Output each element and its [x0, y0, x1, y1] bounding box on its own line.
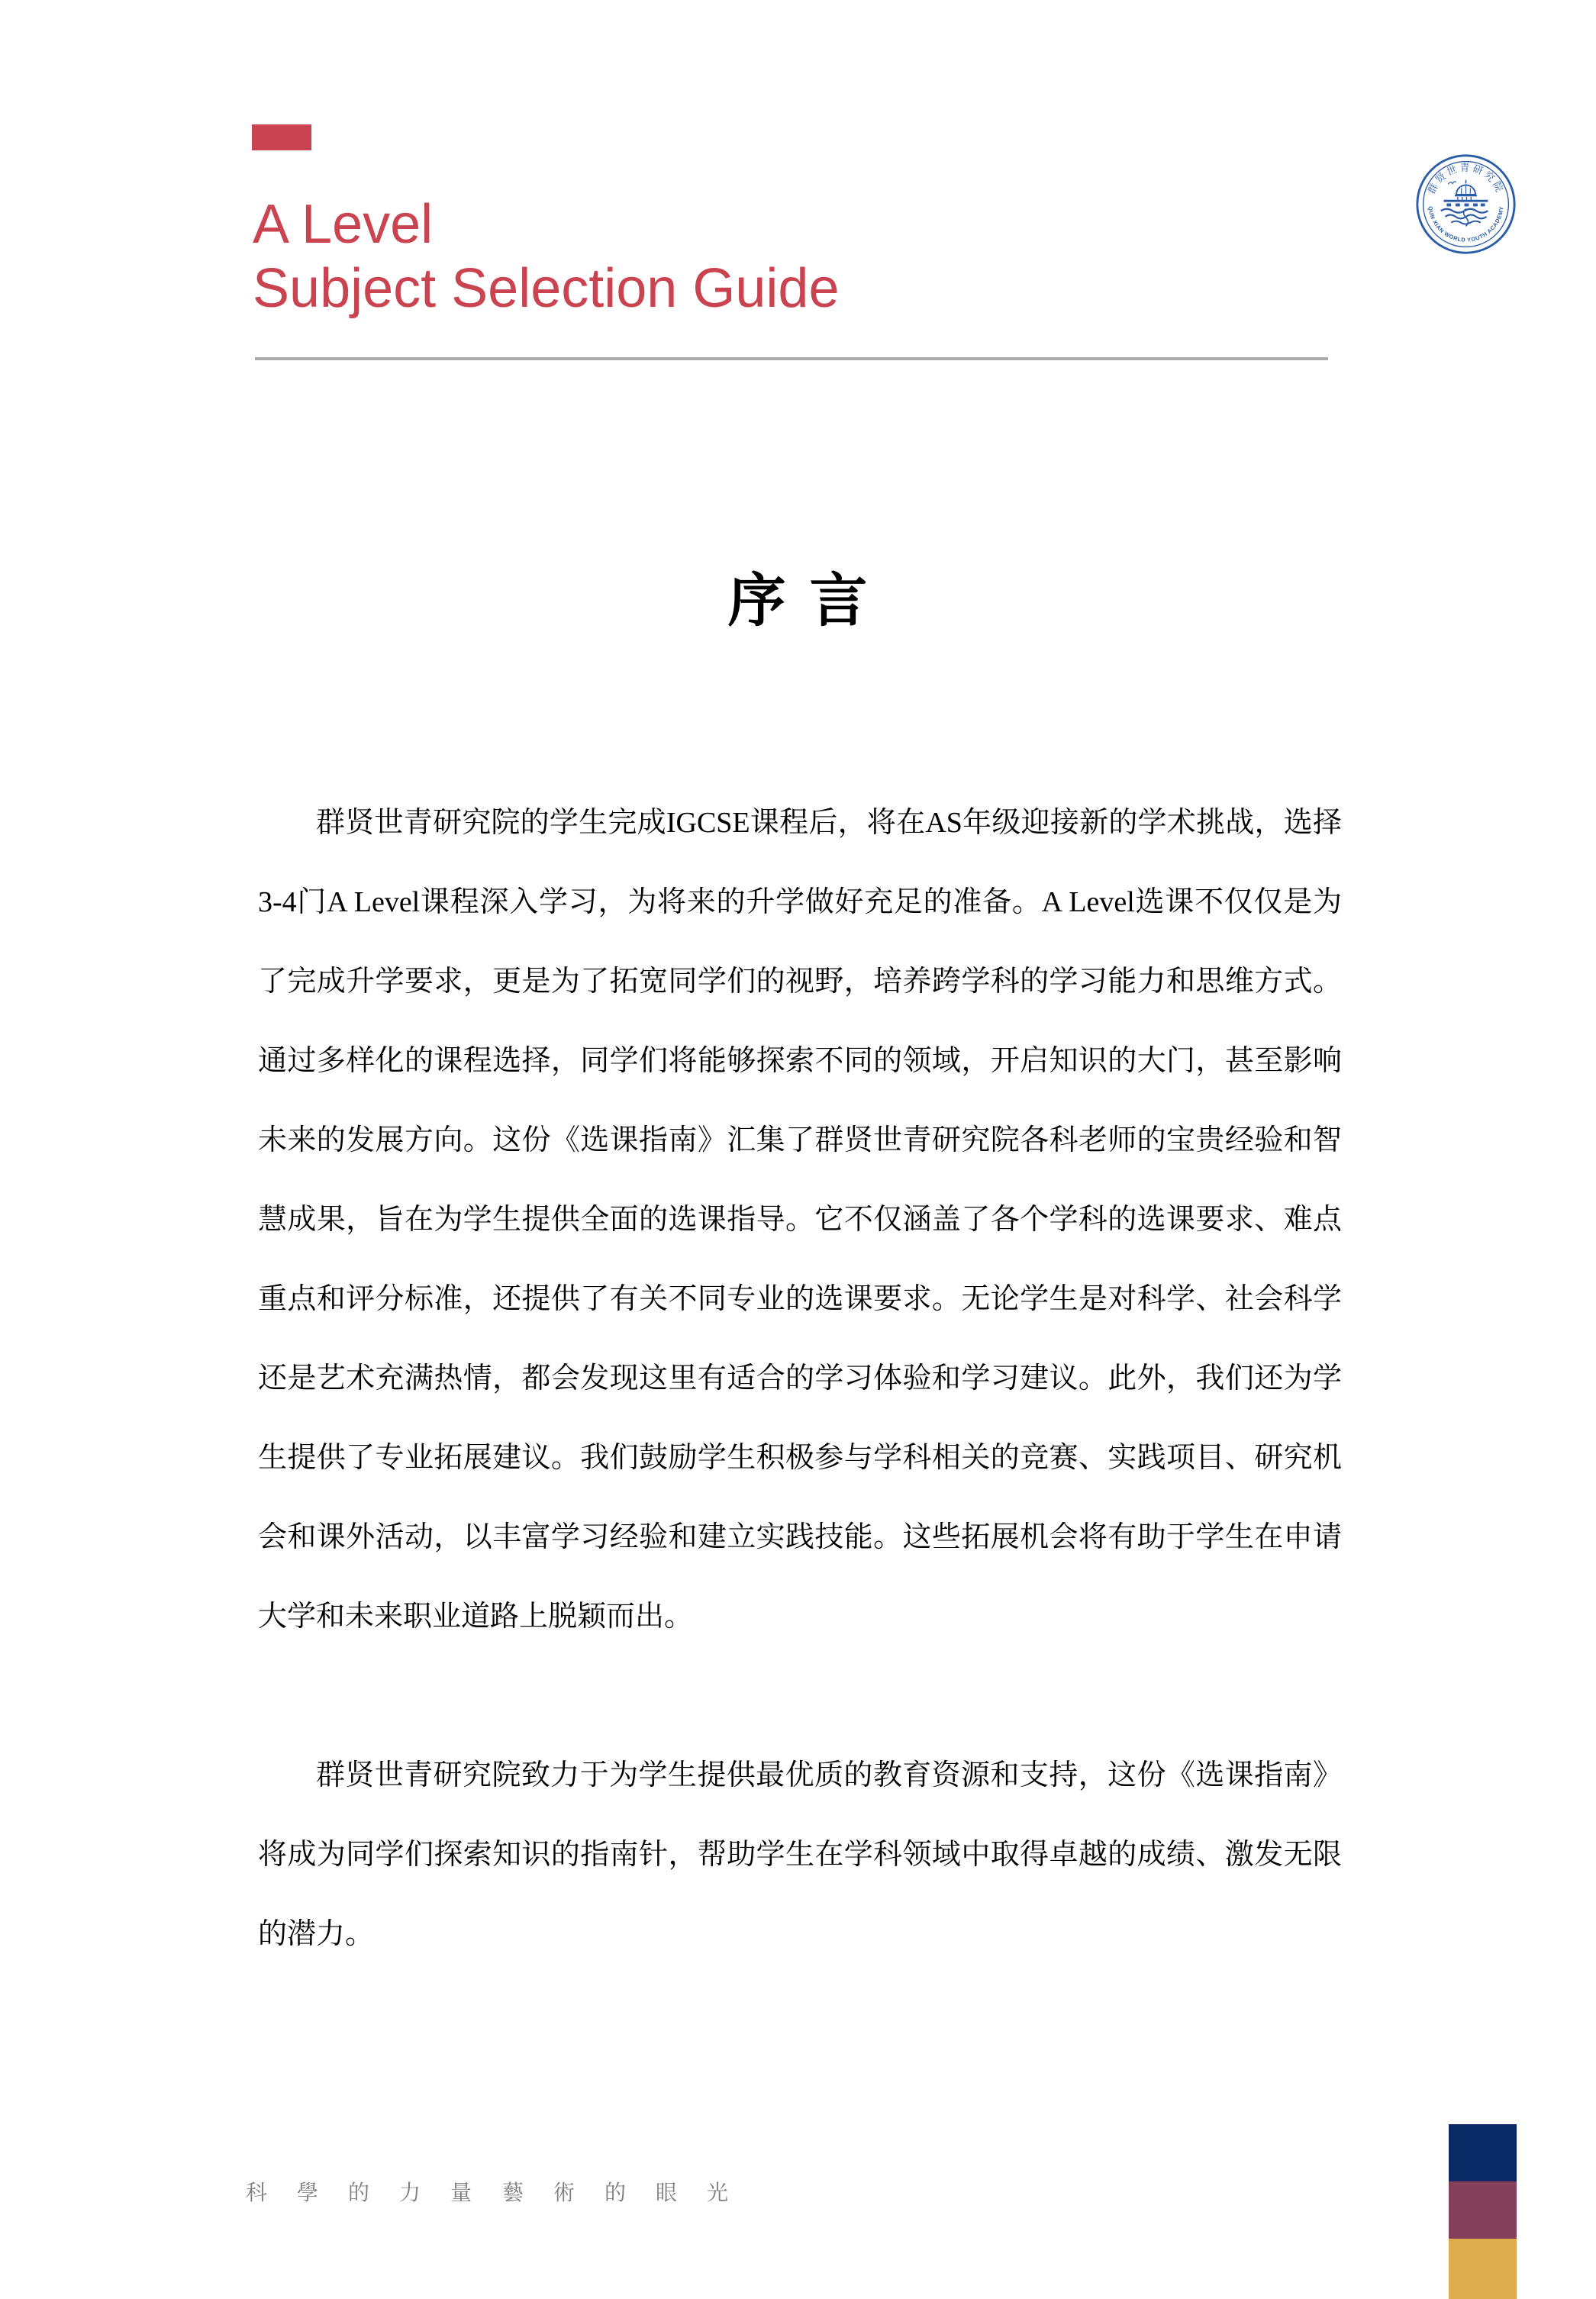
gold-square [1449, 2239, 1517, 2299]
seal-dome-building-icon [1444, 180, 1488, 207]
header-divider [255, 357, 1328, 360]
seal-bird-icon [1448, 182, 1456, 185]
document-title-line1: A Level [253, 192, 839, 256]
preface-heading: 序 言 [258, 572, 1342, 630]
document-page: A Level Subject Selection Guide 群贤世青研究院 [0, 0, 1596, 2299]
preface-paragraph-1: 群贤世青研究院的学生完成IGCSE课程后，将在AS年级迎接新的学术挑战，选择3-… [258, 783, 1342, 1656]
footer-color-squares [1449, 2124, 1517, 2299]
preface-paragraph-2: 群贤世青研究院致力于为学生提供最优质的教育资源和支持，这份《选课指南》将成为同学… [258, 1736, 1342, 1974]
navy-square [1449, 2124, 1517, 2181]
academy-seal-logo: 群贤世青研究院 QUN XIAN [1414, 153, 1517, 256]
footer-slogan-right: 藝 術 的 眼 光 [502, 2181, 740, 2205]
document-title: A Level Subject Selection Guide [253, 192, 839, 321]
preface-body: 群贤世青研究院的学生完成IGCSE课程后，将在AS年级迎接新的学术挑战，选择3-… [258, 783, 1342, 1974]
seal-waves-icon [1441, 208, 1488, 226]
footer-slogan-left: 科 學 的 力 量 [246, 2181, 484, 2205]
red-accent-block [252, 124, 311, 150]
footer-slogan: 科 學 的 力 量藝 術 的 眼 光 [246, 2180, 740, 2207]
document-title-line2: Subject Selection Guide [253, 256, 839, 321]
maroon-square [1449, 2181, 1517, 2239]
